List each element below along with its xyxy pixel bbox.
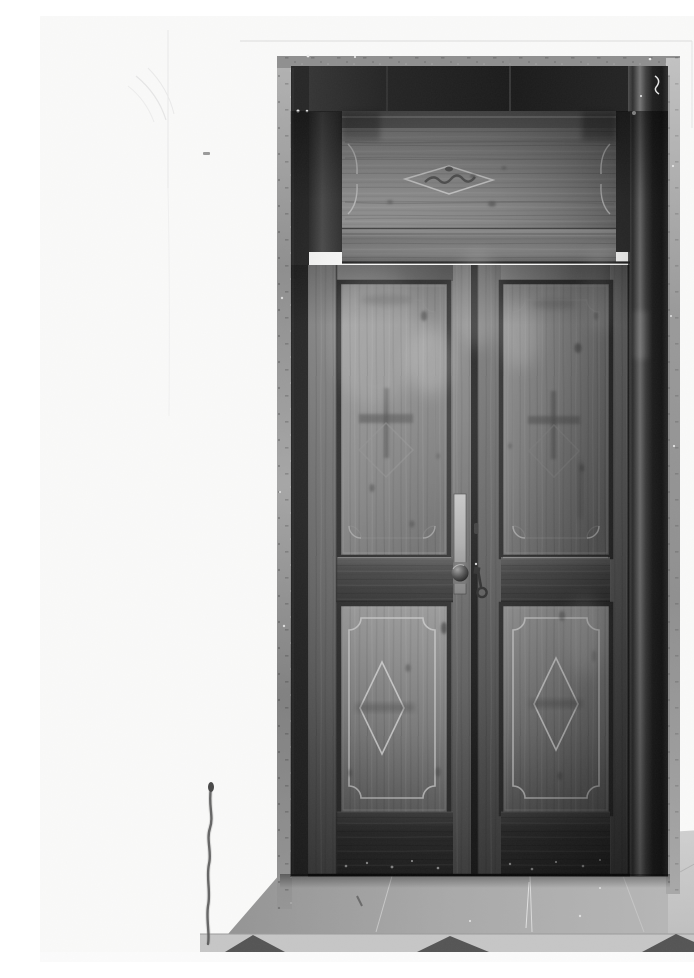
photo-canvas <box>40 16 694 962</box>
film-grain <box>40 16 694 962</box>
photo-wooden-double-door <box>40 16 694 962</box>
